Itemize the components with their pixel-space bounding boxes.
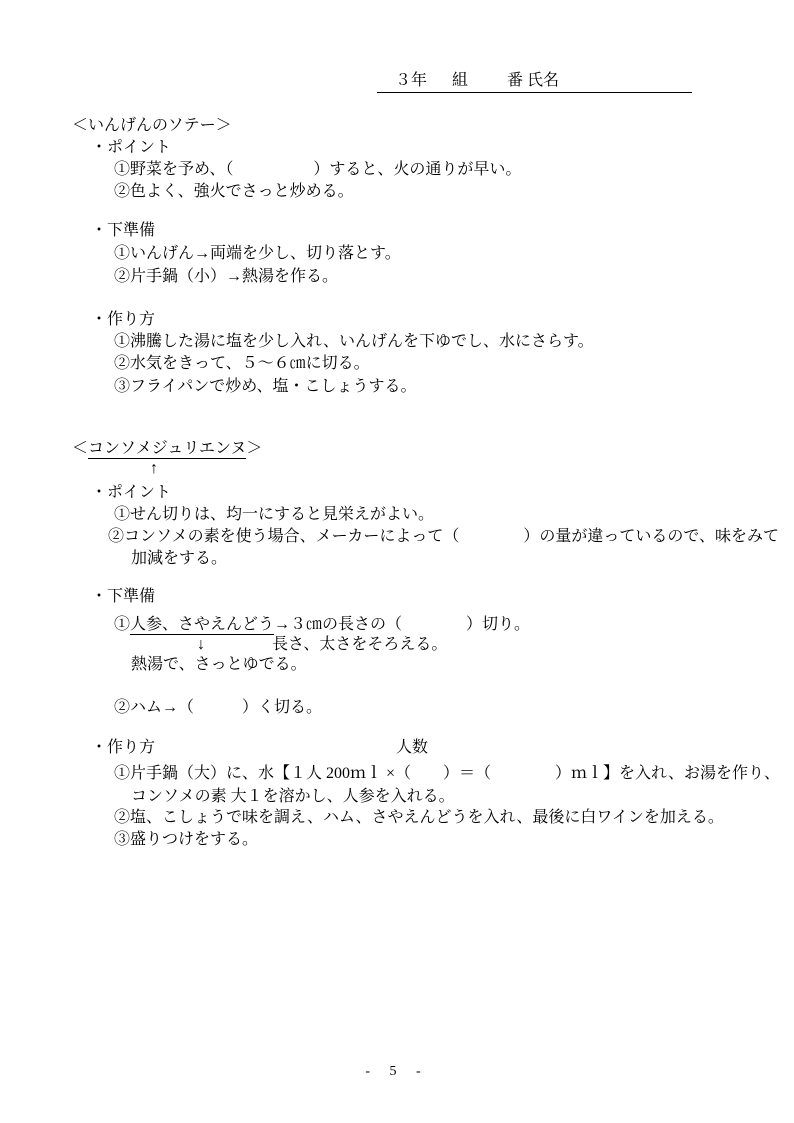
ingen-point-label: ・ポイント: [91, 137, 171, 159]
ingen-point-2: ②色よく、強火でさっと炒める。: [114, 181, 354, 203]
consomme-prep-2: ②ハム→（ ）く切る。: [114, 697, 322, 719]
ingen-step-3: ③フライパンで炒め、塩・こしょうする。: [114, 376, 417, 398]
ingen-prep-1: ①いんげん→両端を少し、切り落とす。: [114, 243, 401, 265]
page-number: - 5 -: [0, 1064, 794, 1080]
consomme-steps-label: ・作り方: [91, 737, 155, 759]
ingen-point-1: ①野菜を予め、（ ）すると、火の通りが早い。: [114, 159, 521, 181]
consomme-title: ＜コンソメジュリエンヌ＞: [72, 438, 262, 460]
consomme-point-1: ①せん切りは、均一にすると見栄えがよい。: [114, 504, 434, 526]
ingen-steps-label: ・作り方: [91, 309, 155, 331]
down-arrow-icon: ↓: [197, 634, 205, 656]
consomme-step-1-cont: コンソメの素 大１を溶かし、人参を入れる。: [131, 786, 455, 808]
ingen-title: ＜いんげんのソテー＞: [72, 115, 232, 137]
title-open-bracket: ＜: [72, 440, 88, 457]
number-label: 番: [507, 69, 523, 92]
ingen-prep-label: ・下準備: [91, 220, 155, 242]
consomme-prep-label: ・下準備: [91, 586, 155, 608]
prep1-number: ①: [114, 616, 130, 633]
up-arrow-icon: ↑: [150, 458, 158, 480]
prep1-ingredients: 人参、さやえんどう: [130, 616, 274, 635]
consomme-step-2: ②塩、こしょうで味を調え、ハム、さやえんどうを入れ、最後に白ワインを加える。: [114, 807, 724, 829]
name-header: ３年 組 番 氏名: [377, 69, 692, 93]
consomme-step-1: ①片手鍋（大）に、水【１人 200ｍｌ ×（ ）＝（ ）ｍｌ】を入れ、お湯を作り…: [114, 763, 780, 785]
ingen-step-2: ②水気をきって、５～６㎝に切る。: [114, 353, 370, 375]
ingen-step-1: ①沸騰した湯に塩を少し入れ、いんげんを下ゆでし、水にさらす。: [114, 331, 594, 353]
grade-label: ３年: [395, 69, 427, 92]
consomme-point-label: ・ポイント: [91, 482, 171, 504]
title-close-bracket: ＞: [246, 440, 262, 457]
consomme-prep-note-2: 熱湯で、さっとゆでる。: [131, 654, 307, 676]
consomme-title-text: コンソメジュリエンヌ: [88, 440, 246, 459]
class-label: 組: [452, 69, 468, 92]
people-count-label: 人数: [396, 737, 428, 759]
prep1-instruction: →３㎝の長さの（ ）切り。: [274, 616, 530, 633]
worksheet-page: ３年 組 番 氏名 ＜いんげんのソテー＞ ・ポイント ①野菜を予め、（ ）すると…: [0, 0, 794, 1123]
consomme-prep-1: ①人参、さやえんどう→３㎝の長さの（ ）切り。: [114, 614, 530, 636]
ingen-prep-2: ②片手鍋（小）→熱湯を作る。: [114, 266, 338, 288]
consomme-step-3: ③盛りつけをする。: [114, 829, 258, 851]
consomme-prep-note-1: 長さ、太さをそろえる。: [272, 634, 447, 656]
consomme-point-2-cont: 加減をする。: [131, 548, 227, 570]
consomme-point-2: ②コンソメの素を使う場合、メーカーによって（ ）の量が違っているので、味をみて: [108, 526, 779, 548]
name-label: 氏名: [527, 69, 559, 92]
